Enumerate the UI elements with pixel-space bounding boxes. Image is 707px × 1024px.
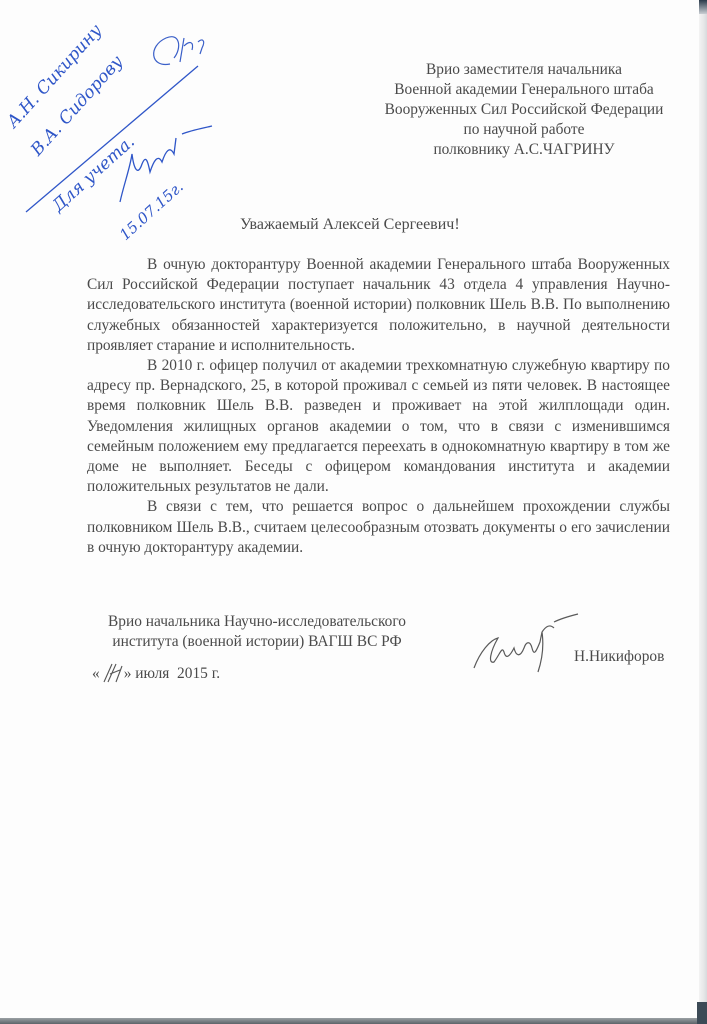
scan-edge-bottom xyxy=(0,1018,707,1024)
signatory-title: Врио начальника Научно-исследовательског… xyxy=(92,612,422,652)
signatory-title-line: института (военной истории) ВАГШ ВС РФ xyxy=(92,632,422,652)
handwritten-signature xyxy=(470,612,580,682)
addressee-line: Военной академии Генерального штаба xyxy=(350,80,698,100)
scanned-letter-page: А.Н. Сикирину В.А. Сидорову Для учета. 1… xyxy=(0,0,707,1024)
resolution-signature xyxy=(112,124,222,214)
addressee-line: Врио заместителя начальника xyxy=(350,60,698,80)
letter-date: «» июля 2015 г. xyxy=(92,665,220,683)
signatory-title-line: Врио начальника Научно-исследовательског… xyxy=(92,612,422,632)
signatory-name: Н.Никифоров xyxy=(574,648,664,666)
date-month-year: июля 2015 г. xyxy=(131,665,220,682)
scan-edge-right xyxy=(699,0,707,1024)
addressee-block: Врио заместителя начальника Военной акад… xyxy=(350,60,698,160)
addressee-line: по научной работе xyxy=(350,120,698,140)
addressee-line: Вооруженных Сил Российской Федерации xyxy=(350,100,698,120)
body-paragraph: В связи с тем, что решается вопрос о дал… xyxy=(87,497,670,558)
resolution-initials-mark xyxy=(140,28,210,78)
body-paragraph: В 2010 г. офицер получил от академии тре… xyxy=(87,356,670,497)
scan-edge-corner xyxy=(699,0,707,14)
handwritten-day-mark xyxy=(100,662,124,684)
addressee-line: полковнику А.С.ЧАГРИНУ xyxy=(350,140,698,160)
date-open-quote: « xyxy=(92,665,100,682)
salutation: Уважаемый Алексей Сергеевич! xyxy=(240,215,460,235)
scan-edge-corner xyxy=(697,1002,707,1024)
letter-body: В очную докторантуру Военной академии Ге… xyxy=(87,255,670,558)
body-paragraph: В очную докторантуру Военной академии Ге… xyxy=(87,255,670,356)
date-day-handwritten xyxy=(100,666,124,682)
